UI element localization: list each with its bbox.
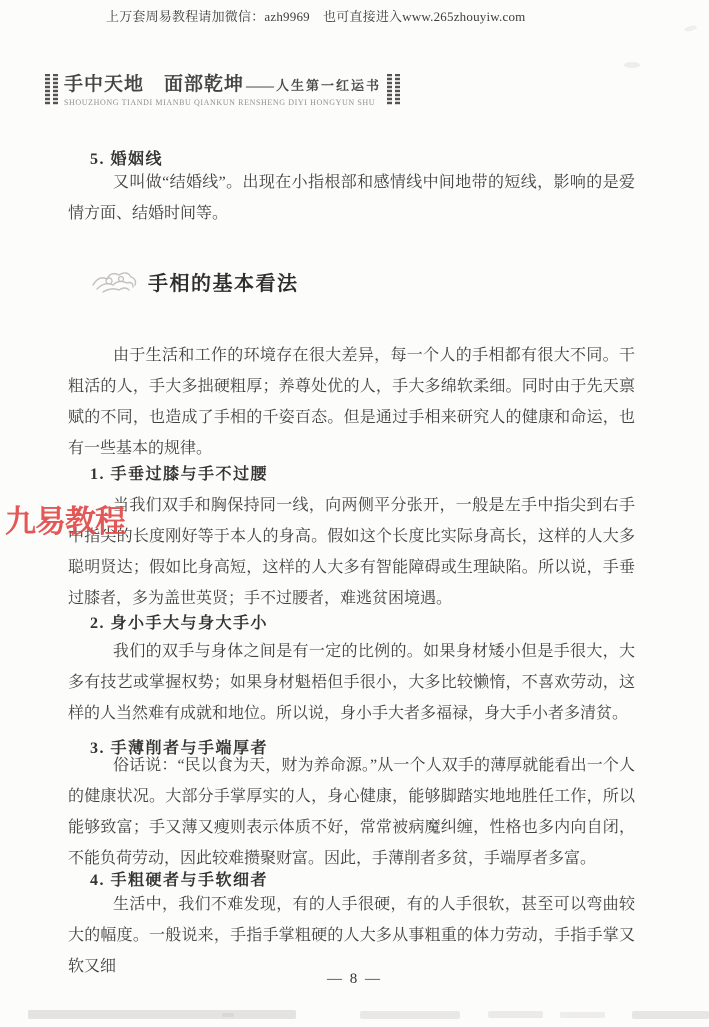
item-1-body: 当我们双手和胸保持同一线，向两侧平分张开，一般是左手中指尖到右手中指尖的长度刚好… xyxy=(68,490,635,614)
item-2-body: 我们的双手与身体之间是有一定的比例的。如果身材矮小但是手很大，大多有技艺或掌握权… xyxy=(68,636,635,729)
book-title: 手中天地 面部乾坤 xyxy=(64,69,244,96)
scan-edge-artifact xyxy=(360,1011,460,1019)
scan-edge-artifact xyxy=(222,1013,234,1017)
section-title: 手相的基本看法 xyxy=(148,267,299,296)
book-header-text: 手中天地 面部乾坤 —— 人生第一红运书 SHOUZHONG TIANDI MI… xyxy=(64,69,381,107)
book-title-pinyin: SHOUZHONG TIANDI MIANBU QIANKUN RENSHENG… xyxy=(64,98,381,107)
page-number: — 8 — xyxy=(0,971,709,988)
book-subtitle: 人生第一红运书 xyxy=(276,75,381,94)
item-2-heading: 2. 身小手大与身大手小 xyxy=(90,610,268,633)
item-3-body: 俗话说：“民以食为天，财为养命源。”从一个人双手的薄厚就能看出一个人的健康状况。… xyxy=(68,750,635,874)
scan-smudge xyxy=(684,24,698,32)
scan-edge-artifact xyxy=(632,1011,709,1019)
red-watermark: 九易教程 xyxy=(5,496,125,541)
scan-smudge xyxy=(624,62,640,68)
subsection-body-marriage-line: 又叫做“结婚线”。出现在小指根部和感情线中间地带的短线，影响的是爱情方面、结婚时… xyxy=(68,167,635,229)
scanned-book-page: 上万套周易教程请加微信：azh9969 也可直接进入www.265zhouyiw… xyxy=(0,0,709,1027)
header-deco-bars-right-icon xyxy=(387,74,400,105)
title-dash: —— xyxy=(246,79,274,95)
item-4-heading: 4. 手粗硬者与手软细者 xyxy=(90,867,268,890)
subsection-heading-marriage-line: 5. 婚姻线 xyxy=(90,146,163,169)
book-title-row: 手中天地 面部乾坤 —— 人生第一红运书 xyxy=(64,69,381,96)
book-header: 手中天地 面部乾坤 —— 人生第一红运书 SHOUZHONG TIANDI MI… xyxy=(45,69,400,107)
scan-edge-artifact xyxy=(488,1011,543,1018)
item-4-body: 生活中，我们不难发现，有的人手很硬，有的人手很软，甚至可以弯曲较大的幅度。一般说… xyxy=(68,889,635,982)
header-deco-bars-left-icon xyxy=(45,74,58,105)
scan-edge-artifact xyxy=(28,1010,296,1019)
scan-edge-artifact xyxy=(560,1012,605,1018)
promo-banner-text: 上万套周易教程请加微信：azh9969 也可直接进入www.265zhouyiw… xyxy=(106,6,525,25)
item-1-heading: 1. 手垂过膝与手不过腰 xyxy=(90,461,268,484)
section-header: 手相的基本看法 xyxy=(90,262,299,300)
cloud-scroll-ornament-icon xyxy=(90,266,140,296)
section-intro: 由于生活和工作的环境存在很大差异，每一个人的手相都有很大不同。干粗活的人，手大多… xyxy=(68,340,635,464)
